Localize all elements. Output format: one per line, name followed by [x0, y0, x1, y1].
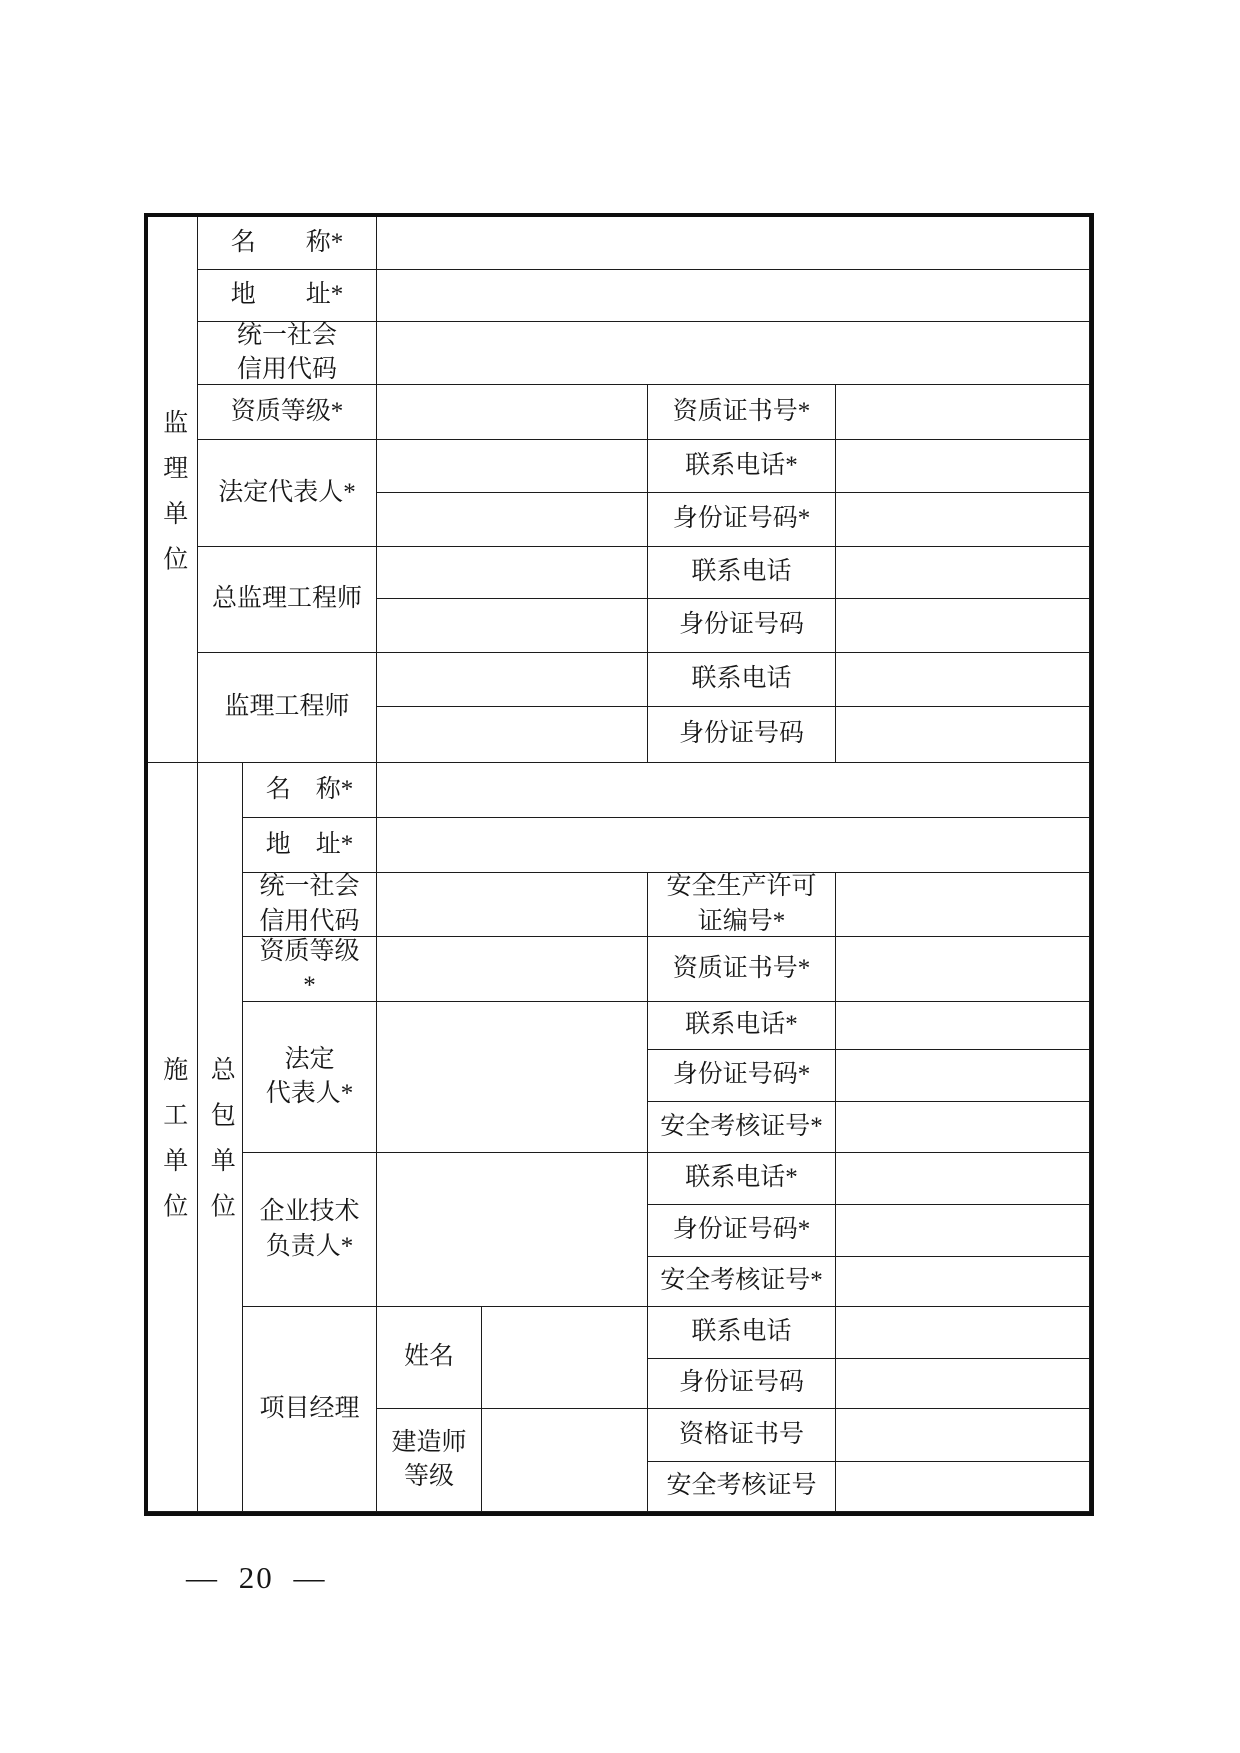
construction-qualification-level-input-cell [377, 937, 648, 1002]
supervision-legal-rep-id-input-cell [836, 493, 1090, 547]
supervision-name-input-cell [377, 217, 1090, 270]
project-manager-id-label: 身份证号码 [648, 1359, 836, 1409]
supervision-uscc-input-cell [377, 322, 1090, 385]
construction-legal-rep-phone-input-cell [836, 1002, 1090, 1050]
supervision-legal-rep-label: 法定代表人* [198, 440, 377, 547]
chief-engineer-id-label: 身份证号码 [648, 599, 836, 653]
tech-director-phone-input-cell [836, 1153, 1090, 1205]
construction-qualification-cert-label: 资质证书号* [648, 937, 836, 1002]
supervision-address-input-cell [377, 270, 1090, 322]
builder-safety-assessment-label: 安全考核证号 [648, 1462, 836, 1512]
construction-unit-text: 施工单位 [155, 1056, 190, 1238]
chief-engineer-input-cell-top [377, 547, 648, 599]
tech-director-phone-label: 联系电话* [648, 1153, 836, 1205]
general-contractor-vertical-label: 总包单位 [198, 763, 243, 1512]
construction-uscc-input-cell [377, 873, 648, 937]
supervision-engineer-input-cell-bottom [377, 707, 648, 763]
tech-director-input-cell [377, 1153, 648, 1307]
construction-legal-rep-id-label: 身份证号码* [648, 1050, 836, 1102]
supervision-engineer-phone-label: 联系电话 [648, 653, 836, 707]
chief-engineer-phone-input-cell [836, 547, 1090, 599]
tech-director-safety-assessment-input-cell [836, 1257, 1090, 1307]
safety-production-permit-label: 安全生产许可 证编号* [648, 873, 836, 937]
tech-director-label: 企业技术 负责人* [243, 1153, 377, 1307]
construction-legal-rep-input-cell [377, 1002, 648, 1153]
supervision-qualification-level-input-cell [377, 385, 648, 440]
project-manager-name-label: 姓名 [377, 1307, 482, 1409]
construction-legal-rep-safety-assessment-input-cell [836, 1102, 1090, 1153]
supervision-engineer-phone-input-cell [836, 653, 1090, 707]
builder-safety-assessment-input-cell [836, 1462, 1090, 1512]
builder-level-input-cell [482, 1409, 648, 1512]
construction-unit-vertical-label: 施工单位 [148, 763, 198, 1512]
construction-name-label: 名 称* [243, 763, 377, 818]
supervision-name-label: 名 称* [198, 217, 377, 270]
project-manager-phone-label: 联系电话 [648, 1307, 836, 1359]
construction-legal-rep-safety-assessment-label: 安全考核证号* [648, 1102, 836, 1153]
construction-legal-rep-label: 法定 代表人* [243, 1002, 377, 1153]
construction-address-input-cell [377, 818, 1090, 873]
builder-level-label: 建造师 等级 [377, 1409, 482, 1512]
construction-address-label: 地 址* [243, 818, 377, 873]
supervision-qualification-level-label: 资质等级* [198, 385, 377, 440]
construction-qualification-level-label: 资质等级 * [243, 937, 377, 1002]
chief-engineer-id-input-cell [836, 599, 1090, 653]
general-contractor-text: 总包单位 [203, 1056, 238, 1238]
supervision-qualification-cert-input-cell [836, 385, 1090, 440]
construction-name-input-cell [377, 763, 1090, 818]
supervision-legal-rep-input-cell-top [377, 440, 648, 493]
supervision-engineer-label: 监理工程师 [198, 653, 377, 763]
builder-qualification-number-label: 资格证书号 [648, 1409, 836, 1462]
project-manager-phone-input-cell [836, 1307, 1090, 1359]
supervision-legal-rep-id-label: 身份证号码* [648, 493, 836, 547]
tech-director-id-input-cell [836, 1205, 1090, 1257]
project-manager-name-input-cell [482, 1307, 648, 1409]
supervision-legal-rep-input-cell-bottom [377, 493, 648, 547]
chief-engineer-label: 总监理工程师 [198, 547, 377, 653]
page-number: — 20 — [186, 1560, 327, 1596]
supervision-uscc-label: 统一社会 信用代码 [198, 322, 377, 385]
registration-form-table: 监理单位 名 称* 地 址* 统一社会 信用代码 资质等级* 资质证书号* 法定… [148, 217, 1090, 1512]
supervision-unit-vertical-label: 监理单位 [148, 217, 198, 763]
supervision-engineer-id-label: 身份证号码 [648, 707, 836, 763]
supervision-engineer-id-input-cell [836, 707, 1090, 763]
tech-director-safety-assessment-label: 安全考核证号* [648, 1257, 836, 1307]
construction-qualification-cert-input-cell [836, 937, 1090, 1002]
tech-director-id-label: 身份证号码* [648, 1205, 836, 1257]
supervision-legal-rep-phone-input-cell [836, 440, 1090, 493]
project-manager-label: 项目经理 [243, 1307, 377, 1512]
supervision-unit-text: 监理单位 [155, 409, 190, 591]
chief-engineer-input-cell-bottom [377, 599, 648, 653]
supervision-engineer-input-cell-top [377, 653, 648, 707]
chief-engineer-phone-label: 联系电话 [648, 547, 836, 599]
supervision-legal-rep-phone-label: 联系电话* [648, 440, 836, 493]
construction-legal-rep-id-input-cell [836, 1050, 1090, 1102]
builder-qualification-number-input-cell [836, 1409, 1090, 1462]
supervision-address-label: 地 址* [198, 270, 377, 322]
construction-uscc-label: 统一社会 信用代码 [243, 873, 377, 937]
supervision-qualification-cert-label: 资质证书号* [648, 385, 836, 440]
safety-production-permit-input-cell [836, 873, 1090, 937]
construction-legal-rep-phone-label: 联系电话* [648, 1002, 836, 1050]
project-manager-id-input-cell [836, 1359, 1090, 1409]
